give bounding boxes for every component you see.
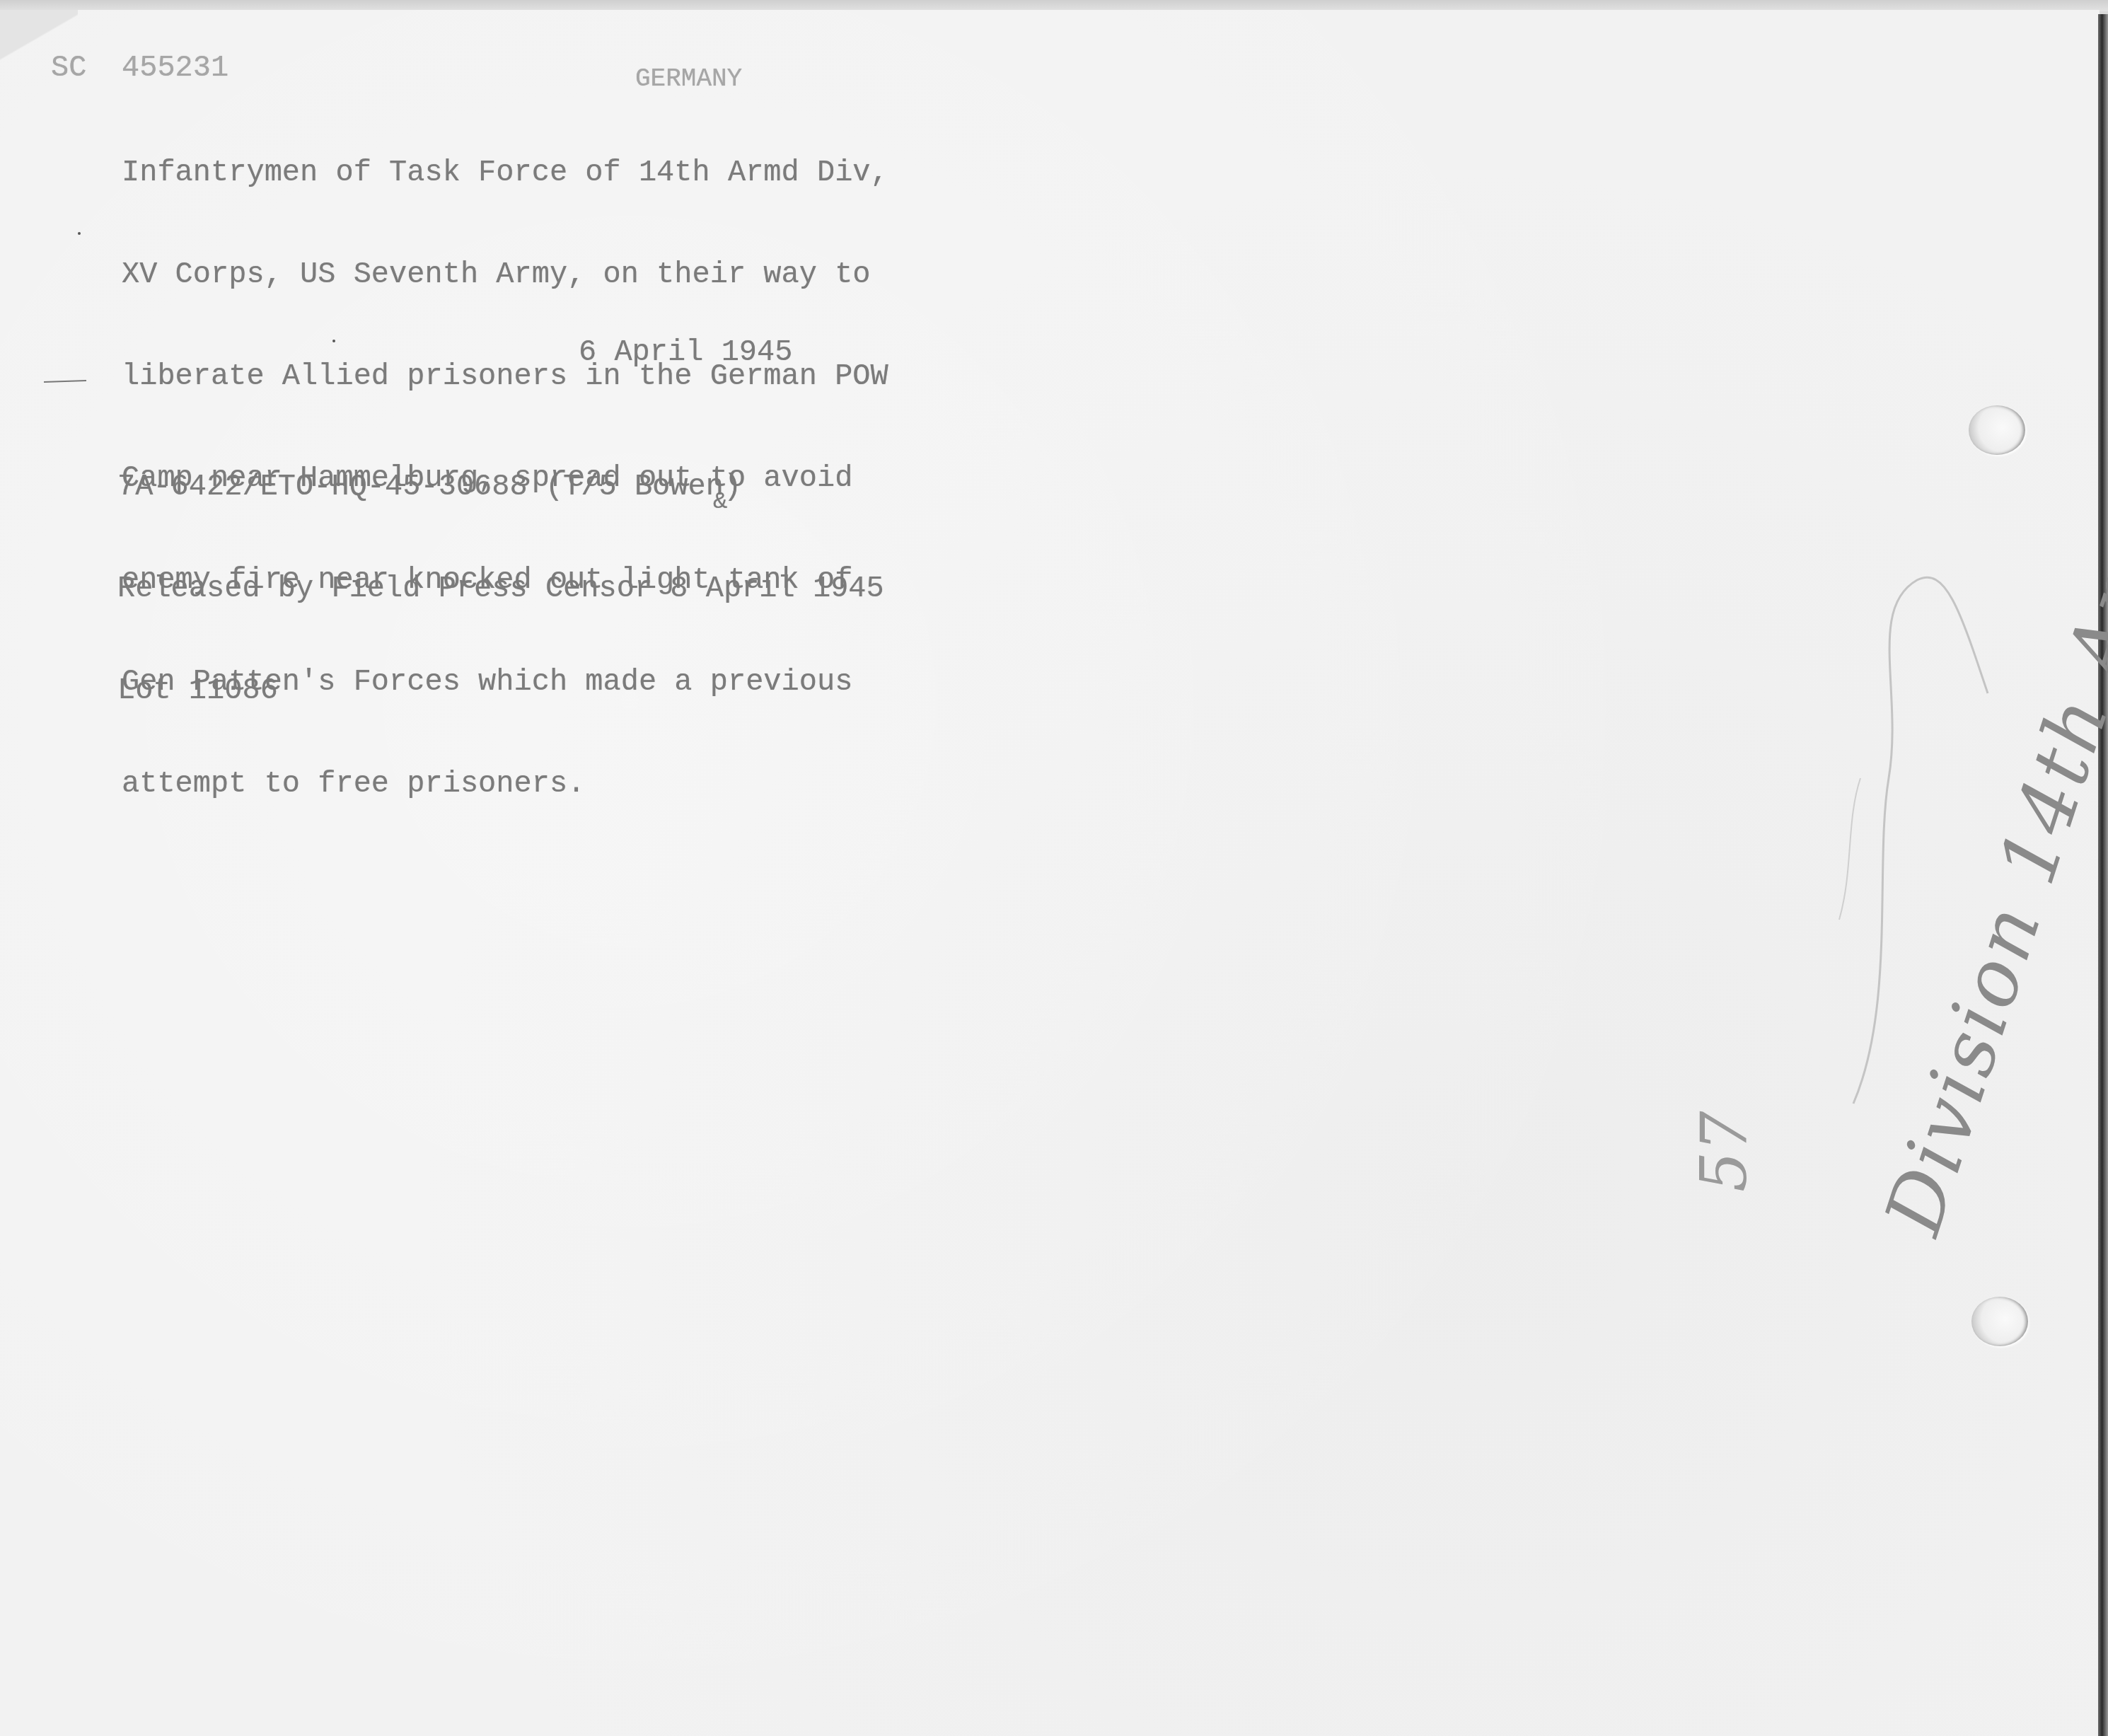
handwritten-side-mark: 57 bbox=[1687, 1111, 1761, 1192]
release-reference-line: 7A-6422/ETO-HQ-45-30688 (T/5 Bowen) bbox=[117, 470, 884, 504]
ink-speck bbox=[78, 232, 81, 235]
ink-speck bbox=[332, 340, 335, 342]
censor-initial-mark: & bbox=[713, 485, 727, 519]
paper-edge-shadow bbox=[2098, 14, 2108, 1736]
lot-number-line: Lot 11086 bbox=[117, 673, 884, 707]
signal-corps-prefix: SC bbox=[51, 51, 86, 85]
release-block: 7A-6422/ETO-HQ-45-30688 (T/5 Bowen) Rele… bbox=[117, 402, 884, 741]
caption-line: attempt to free prisoners. bbox=[122, 767, 888, 801]
erased-pencil-scribble bbox=[1811, 566, 1995, 1132]
binder-punch-hole-top bbox=[1969, 405, 2025, 455]
caption-line: XV Corps, US Seventh Army, on their way … bbox=[122, 257, 888, 291]
caption-date: 6 April 1945 bbox=[579, 335, 792, 369]
photo-number: 455231 bbox=[122, 51, 228, 85]
censor-release-line: Released by Field Press Censor 8 April 1… bbox=[117, 572, 884, 606]
binder-punch-hole-bottom bbox=[1971, 1297, 2028, 1346]
caption-line: Infantrymen of Task Force of 14th Armd D… bbox=[122, 156, 888, 190]
